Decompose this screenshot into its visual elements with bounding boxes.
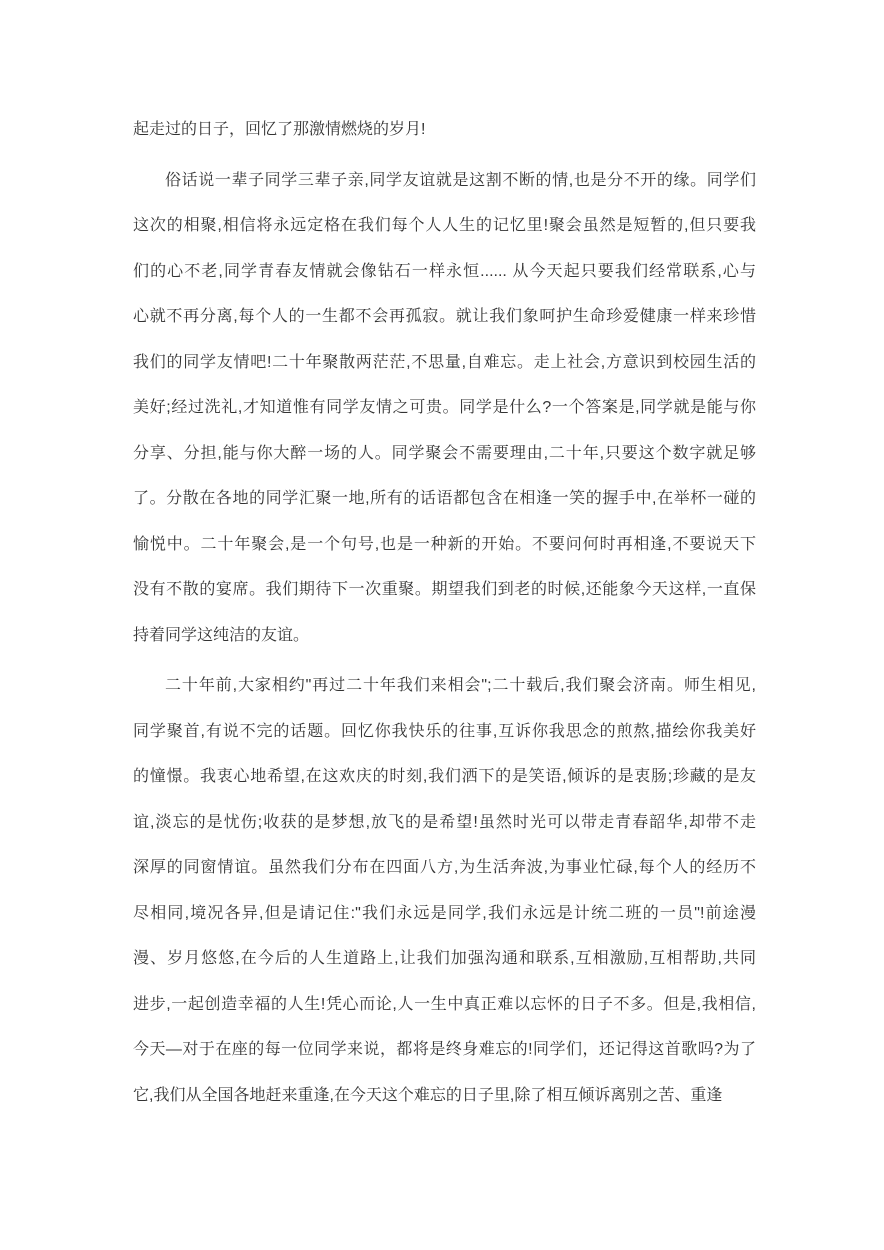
text-line: 它,我们从全国各地赶来重逢,在今天这个难忘的日子里,除了相互倾诉离别之苦、重逢 — [133, 1073, 756, 1119]
text-line: 谊,淡忘的是忧伤;收获的是梦想,放飞的是希望!虽然时光可以带走青春韶华,却带不走 — [133, 800, 756, 846]
text-line: 心就不再分离,每个人的一生都不会再孤寂。就让我们象呵护生命珍爱健康一样来珍惜 — [133, 294, 756, 340]
text-line: 我们的同学友情吧!二十年聚散两茫茫,不思量,自难忘。走上社会,方意识到校园生活的 — [133, 340, 756, 386]
text-line: 这次的相聚,相信将永远定格在我们每个人人生的记忆里!聚会虽然是短暂的,但只要我 — [133, 203, 756, 249]
paragraph: 起走过的日子，回忆了那激情燃烧的岁月! — [133, 107, 756, 153]
text-line: 俗话说一辈子同学三辈子亲,同学友谊就是这割不断的情,也是分不开的缘。同学们 — [133, 158, 756, 204]
text-line: 进步,一起创造幸福的人生!凭心而论,人一生中真正难以忘怀的日子不多。但是,我相信… — [133, 982, 756, 1028]
text-line: 美好;经过洗礼,才知道惟有同学友情之可贵。同学是什么?一个答案是,同学就是能与你 — [133, 385, 756, 431]
text-line: 了。分散在各地的同学汇聚一地,所有的话语都包含在相逢一笑的握手中,在举杯一碰的 — [133, 476, 756, 522]
text-line: 分享、分担,能与你大醉一场的人。同学聚会不需要理由,二十年,只要这个数字就足够 — [133, 431, 756, 477]
text-line: 同学聚首,有说不完的话题。回忆你我快乐的往事,互诉你我思念的煎熬,描绘你我美好 — [133, 709, 756, 755]
document-page: 起走过的日子，回忆了那激情燃烧的岁月!俗话说一辈子同学三辈子亲,同学友谊就是这割… — [0, 0, 884, 1250]
text-line: 持着同学这纯洁的友谊。 — [133, 613, 756, 659]
document-body: 起走过的日子，回忆了那激情燃烧的岁月!俗话说一辈子同学三辈子亲,同学友谊就是这割… — [133, 107, 756, 1123]
text-line: 漫、岁月悠悠,在今后的人生道路上,让我们加强沟通和联系,互相激励,互相帮助,共同 — [133, 936, 756, 982]
text-line: 二十年前,大家相约"再过二十年我们来相会";二十载后,我们聚会济南。师生相见, — [133, 663, 756, 709]
text-line: 起走过的日子，回忆了那激情燃烧的岁月! — [133, 107, 756, 153]
paragraph: 二十年前,大家相约"再过二十年我们来相会";二十载后,我们聚会济南。师生相见,同… — [133, 663, 756, 1118]
text-line: 没有不散的宴席。我们期待下一次重聚。期望我们到老的时候,还能象今天这样,一直保 — [133, 567, 756, 613]
text-line: 尽相同,境况各异,但是请记住:"我们永远是同学,我们永远是计统二班的一员"!前途… — [133, 891, 756, 937]
text-line: 愉悦中。二十年聚会,是一个句号,也是一种新的开始。不要问何时再相逢,不要说天下 — [133, 522, 756, 568]
paragraph: 俗话说一辈子同学三辈子亲,同学友谊就是这割不断的情,也是分不开的缘。同学们这次的… — [133, 158, 756, 659]
text-line: 们的心不老,同学青春友情就会像钻石一样永恒...... 从今天起只要我们经常联系… — [133, 249, 756, 295]
text-line: 的憧憬。我衷心地希望,在这欢庆的时刻,我们洒下的是笑语,倾诉的是衷肠;珍藏的是友 — [133, 754, 756, 800]
text-line: 深厚的同窗情谊。虽然我们分布在四面八方,为生活奔波,为事业忙碌,每个人的经历不 — [133, 845, 756, 891]
text-line: 今天—对于在座的每一位同学来说，都将是终身难忘的!同学们，还记得这首歌吗?为了 — [133, 1027, 756, 1073]
